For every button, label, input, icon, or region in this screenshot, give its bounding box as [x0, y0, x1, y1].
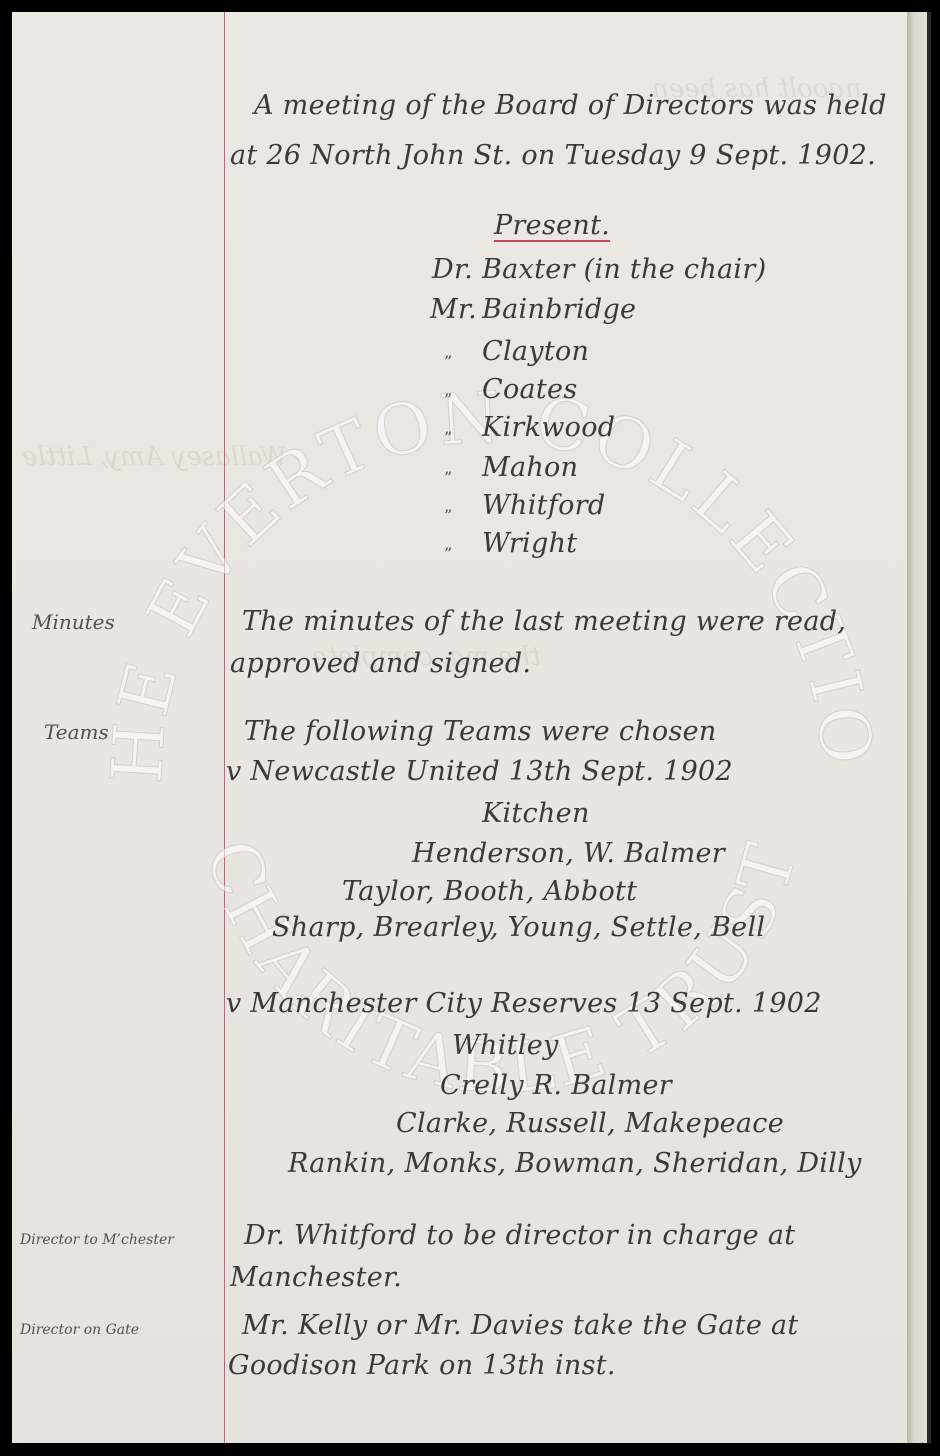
- attendee-name: Whitford: [482, 490, 605, 521]
- attendee-name: Baxter (in the chair): [482, 254, 766, 285]
- teams-intro: The following Teams were chosen: [244, 716, 717, 747]
- match-heading-manchester: v Manchester City Reserves 13 Sept. 1902: [226, 988, 822, 1019]
- director-gate-line-2: Goodison Park on 13th inst.: [228, 1350, 616, 1381]
- attendee-name: Wright: [482, 528, 577, 559]
- margin-rule: [224, 12, 225, 1443]
- book-edge-shadow: [927, 12, 931, 1443]
- attendee-prefix: Dr.: [432, 254, 473, 285]
- ledger-page: ngoolt has been Wallasey Amy, Little the…: [12, 12, 907, 1443]
- intro-line-2: at 26 North John St. on Tuesday 9 Sept. …: [230, 140, 876, 171]
- margin-label-director-manchester: Director to M’chester: [20, 1232, 174, 1248]
- ditto-mark: ”: [444, 390, 452, 409]
- lineup-row: Whitley: [452, 1030, 559, 1061]
- ditto-mark: ”: [444, 428, 452, 447]
- bleed-through-text: Wallasey Amy, Little: [22, 442, 287, 472]
- attendee-name: Clayton: [482, 336, 589, 367]
- director-manchester-line-2: Manchester.: [230, 1262, 402, 1293]
- lineup-row: Crelly R. Balmer: [440, 1070, 672, 1101]
- adjacent-page-edge: [907, 12, 927, 1443]
- svg-text:CHARITABLE TRUST: CHARITABLE TRUST: [190, 831, 814, 1110]
- lineup-row: Rankin, Monks, Bowman, Sheridan, Dilly: [288, 1148, 862, 1179]
- attendee-name: Bainbridge: [482, 294, 636, 325]
- lineup-row: Kitchen: [482, 798, 590, 829]
- ditto-mark: ”: [444, 544, 452, 563]
- minutes-line-2: approved and signed.: [230, 648, 531, 679]
- ditto-mark: ”: [444, 352, 452, 371]
- attendee-name: Kirkwood: [482, 412, 615, 443]
- attendee-prefix: Mr.: [430, 294, 477, 325]
- margin-label-teams: Teams: [44, 720, 109, 744]
- present-heading: Present.: [494, 210, 610, 241]
- director-manchester-line-1: Dr. Whitford to be director in charge at: [244, 1220, 795, 1251]
- margin-label-director-gate: Director on Gate: [20, 1322, 139, 1338]
- lineup-row: Sharp, Brearley, Young, Settle, Bell: [272, 912, 765, 943]
- ditto-mark: ”: [444, 468, 452, 487]
- minutes-line-1: The minutes of the last meeting were rea…: [242, 606, 846, 637]
- intro-line-1: A meeting of the Board of Directors was …: [254, 90, 887, 121]
- match-heading-newcastle: v Newcastle United 13th Sept. 1902: [226, 756, 733, 787]
- ditto-mark: ”: [444, 506, 452, 525]
- margin-label-minutes: Minutes: [32, 610, 115, 634]
- director-gate-line-1: Mr. Kelly or Mr. Davies take the Gate at: [242, 1310, 799, 1341]
- lineup-row: Henderson, W. Balmer: [412, 838, 725, 869]
- lineup-row: Taylor, Booth, Abbott: [342, 876, 637, 907]
- attendee-name: Coates: [482, 374, 578, 405]
- lineup-row: Clarke, Russell, Makepeace: [396, 1108, 784, 1139]
- attendee-name: Mahon: [482, 452, 578, 483]
